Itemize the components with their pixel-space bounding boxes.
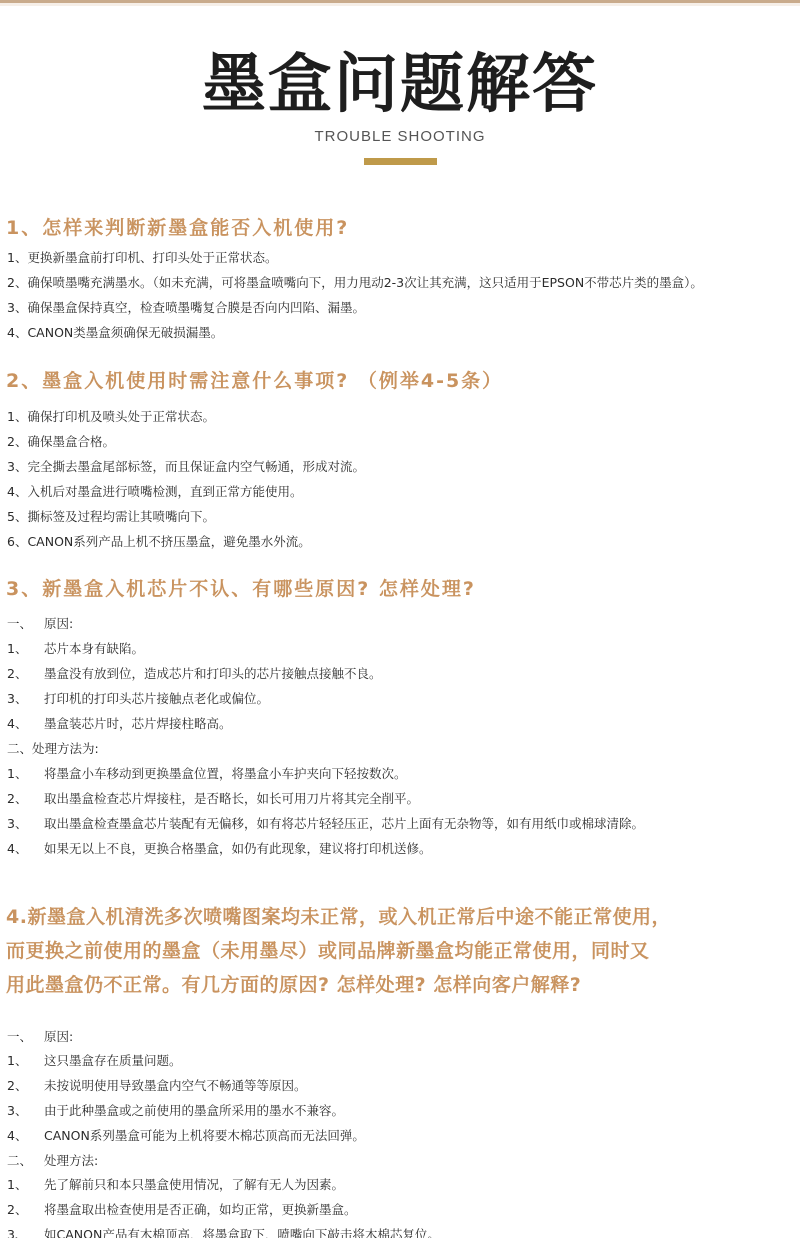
list-item: 4、CANON类墨盒须确保无破损漏墨。 <box>7 324 223 342</box>
list-item: 2、确保墨盒合格。 <box>7 433 115 451</box>
list-item: 1、更换新墨盒前打印机、打印头处于正常状态。 <box>7 249 277 267</box>
list-item: 3、由于此种墨盒或之前使用的墨盒所采用的墨水不兼容。 <box>7 1102 344 1120</box>
cause-label: 一、原因: <box>7 615 73 633</box>
list-item: 6、CANON系列产品上机不挤压墨盒，避免墨水外流。 <box>7 533 311 551</box>
section-4-heading-line: 而更换之前使用的墨盒（未用墨尽）或同品牌新墨盒均能正常使用，同时又 <box>6 934 796 968</box>
section-4-heading: 4.新墨盒入机清洗多次喷嘴图案均未正常，或入机正常后中途不能正常使用， 而更换之… <box>6 900 796 1002</box>
list-item: 5、撕标签及过程均需让其喷嘴向下。 <box>7 508 215 526</box>
list-item: 4、如果无以上不良，更换合格墨盒，如仍有此现象，建议将打印机送修。 <box>7 840 432 858</box>
section-2-heading: 2、墨盒入机使用时需注意什么事项? （例举4-5条） <box>6 369 503 393</box>
list-item: 3、确保墨盒保持真空，检查喷墨嘴复合膜是否向内凹陷、漏墨。 <box>7 299 365 317</box>
list-item: 2、确保喷墨嘴充满墨水。（如未充满，可将墨盒喷嘴向下，用力甩动2-3次让其充满，… <box>7 274 703 292</box>
list-item: 4、墨盒装芯片时，芯片焊接柱略高。 <box>7 715 232 733</box>
list-item: 2、将墨盒取出检查使用是否正确，如均正常，更换新墨盒。 <box>7 1201 357 1219</box>
list-item: 4、CANON系列墨盒可能为上机将要木棉芯顶高而无法回弹。 <box>7 1127 365 1145</box>
method-label: 二、处理方法: <box>7 1152 98 1170</box>
top-border-shadow <box>0 3 800 6</box>
page-title: 墨盒问题解答 <box>0 50 800 120</box>
cause-label: 一、原因: <box>7 1028 73 1046</box>
page-subtitle: TROUBLE SHOOTING <box>0 128 800 146</box>
section-4-heading-line: 4.新墨盒入机清洗多次喷嘴图案均未正常，或入机正常后中途不能正常使用， <box>6 900 796 934</box>
list-item: 3、如CANON产品有木棉顶高，将墨盒取下，喷嘴向下敲击将木棉芯复位。 <box>7 1226 440 1238</box>
list-item: 2、未按说明使用导致墨盒内空气不畅通等等原因。 <box>7 1077 307 1095</box>
list-item: 1、将墨盒小车移动到更换墨盒位置，将墨盒小车护夹向下轻按数次。 <box>7 765 407 783</box>
method-label: 二、处理方法为: <box>7 740 99 758</box>
list-item: 4、入机后对墨盒进行喷嘴检测，直到正常方能使用。 <box>7 483 302 501</box>
list-item: 2、墨盒没有放到位，造成芯片和打印头的芯片接触点接触不良。 <box>7 665 382 683</box>
list-item: 3、完全撕去墨盒尾部标签，而且保证盒内空气畅通，形成对流。 <box>7 458 365 476</box>
list-item: 2、取出墨盒检查芯片焊接柱，是否略长，如长可用刀片将其完全削平。 <box>7 790 419 808</box>
accent-divider <box>364 158 437 165</box>
list-item: 1、先了解前只和本只墨盒使用情况，了解有无人为因素。 <box>7 1176 344 1194</box>
list-item: 1、这只墨盒存在质量问题。 <box>7 1052 182 1070</box>
list-item: 1、确保打印机及喷头处于正常状态。 <box>7 408 215 426</box>
list-item: 3、打印机的打印头芯片接触点老化或偏位。 <box>7 690 269 708</box>
list-item: 1、芯片本身有缺陷。 <box>7 640 144 658</box>
list-item: 3、取出墨盒检查墨盒芯片装配有无偏移，如有将芯片轻轻压正，芯片上面有无杂物等，如… <box>7 815 644 833</box>
section-1-heading: 1、怎样来判断新墨盒能否入机使用? <box>6 216 349 240</box>
section-4-heading-line: 用此墨盒仍不正常。有几方面的原因? 怎样处理? 怎样向客户解释? <box>6 968 796 1002</box>
section-3-heading: 3、新墨盒入机芯片不认、有哪些原因? 怎样处理? <box>6 577 476 601</box>
